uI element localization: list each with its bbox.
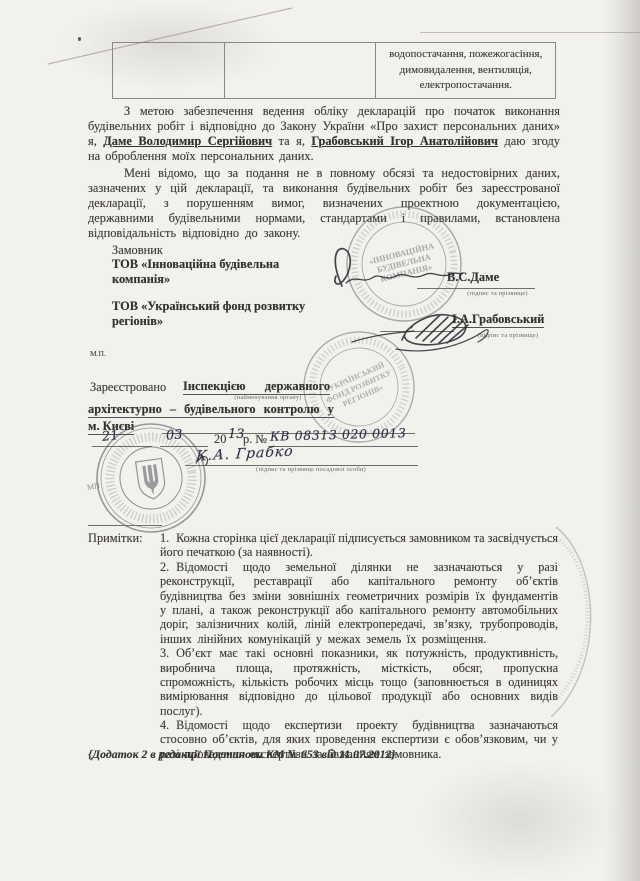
amendment-footnote: {Додаток 2 в редакції Постанови КМ № 653… [88,747,396,762]
note-item-3: 3.Об’єкт має такі основні показники, як … [160,646,558,718]
notes-label: Примітки: [88,531,143,546]
note-item-2: 2.Відомості щодо земельної ділянки не за… [160,560,558,646]
signature-dame [335,249,350,286]
note-item-1: 1.Кожна сторінка цієї декларації підпису… [160,531,558,560]
note-number: 4. [160,718,169,732]
notes-block: 1.Кожна сторінка цієї декларації підпису… [160,531,558,761]
scanned-declaration-page: водопостачання, пожежогасіння, димовидал… [0,0,640,881]
signature-hrabovskyi [352,315,488,351]
note-number: 2. [160,560,169,574]
note-text: Кожна сторінка цієї декларації підписуєт… [160,531,558,559]
note-number: 1. [160,531,169,545]
scan-fold-line [48,8,292,64]
notes-rule [88,525,162,526]
note-number: 3. [160,646,169,660]
signature-dame-tail [346,273,463,283]
official-signature-flourish [196,457,208,465]
note-text: Об’єкт має такі основні показники, як по… [160,646,558,718]
note-text: Відомості щодо земельної ділянки не зазн… [160,560,558,646]
